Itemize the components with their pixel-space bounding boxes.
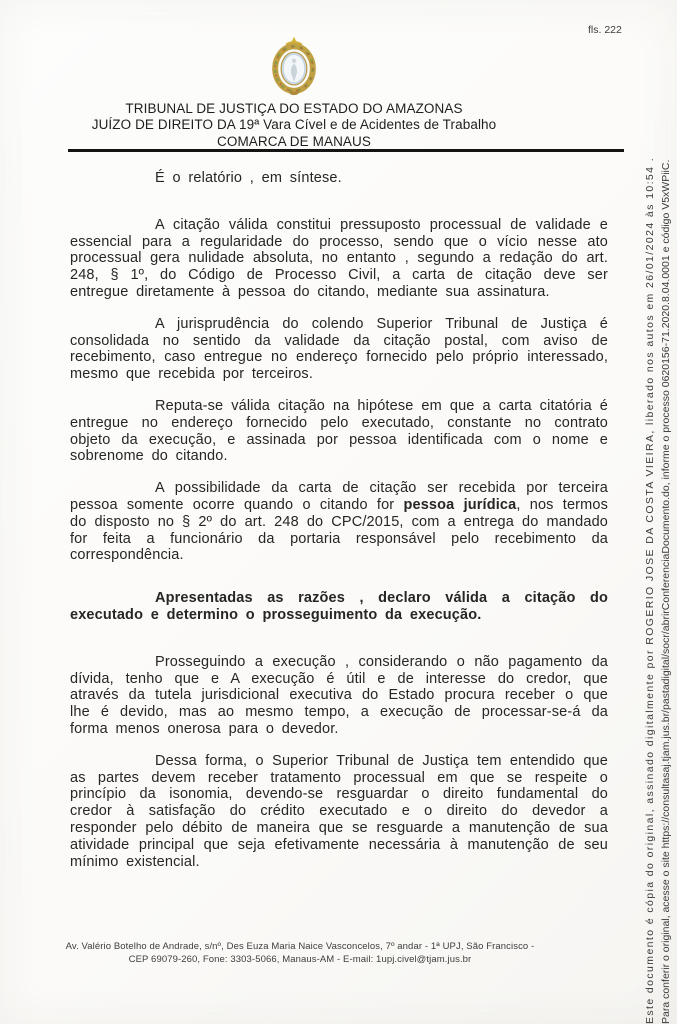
paragraph-possibilidade: A possibilidade da carta de citação ser …	[70, 480, 608, 564]
header-court-name: TRIBUNAL DE JUSTIÇA DO ESTADO DO AMAZONA…	[70, 101, 518, 117]
paragraph-citacao-valida: A citação válida constitui pressuposto p…	[70, 217, 608, 301]
footer-address-line2: CEP 69079-260, Fone: 3303-5066, Manaus-A…	[60, 954, 540, 967]
paragraph-reputa-se: Reputa-se válida citação na hipótese em …	[70, 398, 608, 465]
paragraph-dessa-forma: Dessa forma, o Superior Tribunal de Just…	[70, 753, 608, 871]
document-page: fls. 222 TRIBUNAL DE JUSTIÇA DO ESTADO D…	[0, 0, 677, 1024]
header-vara: JUÍZO DE DIREITO DA 19ª Vara Cível e de …	[70, 117, 518, 133]
folio-number: fls. 222	[588, 24, 622, 36]
decision-body: É o relatório , em síntese. A citação vá…	[70, 170, 608, 885]
document-header: TRIBUNAL DE JUSTIÇA DO ESTADO DO AMAZONA…	[70, 36, 518, 150]
signature-note-line: Este documento é cópia do original, assi…	[642, 12, 658, 1024]
paragraph-relatorio: É o relatório , em síntese.	[70, 170, 608, 187]
verification-note-line: Para conferir o original, acesse o site …	[658, 12, 674, 1024]
paragraph-jurisprudencia: A jurisprudência do colendo Superior Tri…	[70, 316, 608, 383]
digital-signature-margin-note: Este documento é cópia do original, assi…	[642, 12, 674, 1024]
footer-address-line1: Av. Valério Botelho de Andrade, s/nº, De…	[60, 941, 540, 954]
footer-address: Av. Valério Botelho de Andrade, s/nº, De…	[60, 941, 540, 966]
header-comarca: COMARCA DE MANAUS	[70, 134, 518, 150]
paragraph-declaracao-bold: Apresentadas as razões , declaro válida …	[70, 590, 608, 624]
pessoa-juridica-bold: pessoa jurídica	[403, 497, 516, 513]
paragraph-prosseguindo: Prosseguindo a execução , considerando o…	[70, 654, 608, 738]
header-divider	[68, 149, 624, 152]
tjam-coat-of-arms-icon	[268, 36, 320, 96]
